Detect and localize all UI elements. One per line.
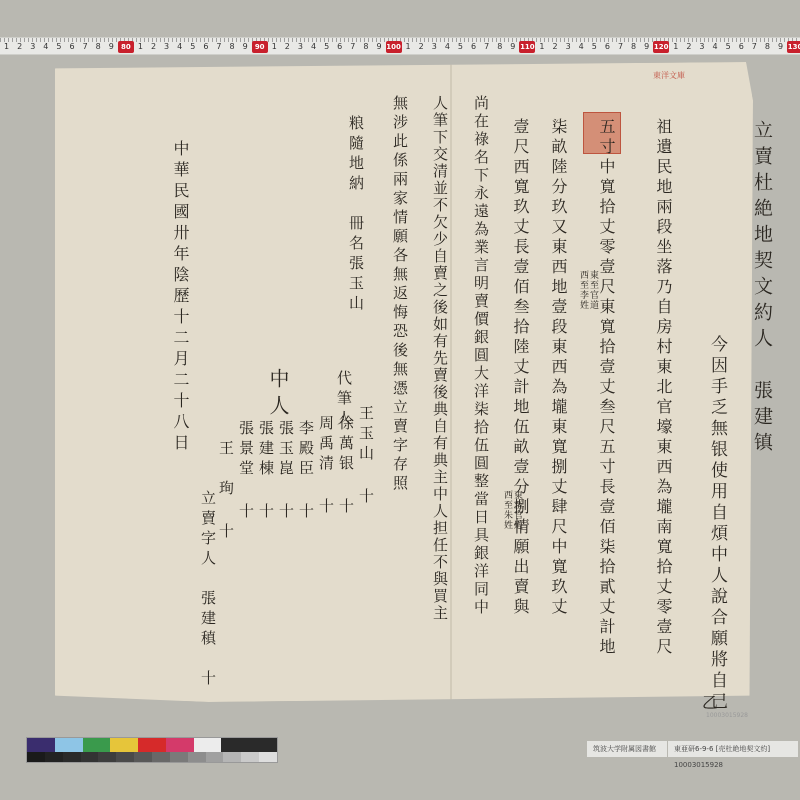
witness-2: 徐萬银 十 xyxy=(338,415,353,518)
color-chip xyxy=(249,738,277,752)
contract-date: 中華民國卅年陰歷十二月二十八日 xyxy=(172,140,188,455)
ruler-label: 5 xyxy=(320,41,333,53)
ruler-label: 2 xyxy=(415,41,428,53)
text-column-6: 壹尺西寬玖丈長壹佰叁拾陸丈計地伍畝壹分捌情願出賣與 xyxy=(512,118,528,618)
library-label: 筑波大学附属図書館 xyxy=(587,741,667,757)
ruler-label: 6 xyxy=(467,41,480,53)
boundary-note-1b: 西至李姓 xyxy=(578,270,587,310)
ruler-label: 3 xyxy=(294,41,307,53)
gray-patch xyxy=(170,752,188,762)
color-chip xyxy=(55,738,83,752)
grayscale-strip xyxy=(27,752,277,762)
ruler-label: 3 xyxy=(26,41,39,53)
color-chip xyxy=(166,738,194,752)
document-title: [売杜絶地契文約] xyxy=(716,745,770,753)
witness-6: 張建棟 十 xyxy=(258,420,273,523)
ruler-label: 3 xyxy=(160,41,173,53)
color-chip xyxy=(27,738,55,752)
gray-patch xyxy=(27,752,45,762)
ruler-label: 9 xyxy=(640,41,653,53)
library-stamp-top: 東洋文庫 xyxy=(653,70,685,81)
ruler-label: 4 xyxy=(307,41,320,53)
seller-signature: 立賣字人 張建稹 十 xyxy=(200,490,215,690)
gray-patch xyxy=(116,752,134,762)
ruler-label: 7 xyxy=(480,41,493,53)
text-column-5: 柒畝陸分玖又東西地壹段東西為壠東寬捌丈肆尺中寬玖丈 xyxy=(550,118,566,618)
gray-patch xyxy=(45,752,63,762)
ruler-label: 5 xyxy=(722,41,735,53)
ruler-label: 2 xyxy=(281,41,294,53)
text-column-7: 尚在祿名下永遠為業言明賣價銀圓大洋柒拾伍圓整當日具銀洋同中 xyxy=(473,95,488,617)
ruler-label: 8 xyxy=(761,41,774,53)
ruler-label: 9 xyxy=(239,41,252,53)
ruler-label: 90 xyxy=(252,41,268,53)
ruler-label: 6 xyxy=(735,41,748,53)
gray-patch xyxy=(98,752,116,762)
ruler-label: 1 xyxy=(669,41,682,53)
text-column-3: 祖遺民地兩段坐落乃自房村東北官壕東西為壠南寬拾丈零壹尺 xyxy=(655,118,671,658)
gray-patch xyxy=(241,752,259,762)
ruler-label: 7 xyxy=(79,41,92,53)
catalog-label: 東亜研6-9-6 [売杜絶地契文約] 10003015928 xyxy=(668,741,798,757)
gray-patch xyxy=(134,752,152,762)
gray-patch xyxy=(188,752,206,762)
ruler-label: 3 xyxy=(428,41,441,53)
gray-patch xyxy=(206,752,224,762)
text-column-4: 五寸中寬拾丈零壹尺東寬拾壹丈叁尺五寸長壹佰柒拾貳丈計地 xyxy=(598,118,614,658)
witness-8: 王 珣 十 xyxy=(218,440,233,543)
measuring-ruler: 1234567898012345678990123456789100123456… xyxy=(0,37,800,55)
boundary-note-1a: 東至官道 xyxy=(588,270,597,310)
color-chips xyxy=(27,738,277,752)
catalog-stamp: 10003015928 xyxy=(706,712,748,719)
ruler-label: 2 xyxy=(13,41,26,53)
corner-mark: 乙 xyxy=(702,690,718,713)
color-chip xyxy=(83,738,111,752)
gray-patch xyxy=(63,752,81,762)
color-calibration-chart xyxy=(26,737,278,763)
ruler-label: 120 xyxy=(653,41,669,53)
ruler-label: 110 xyxy=(519,41,535,53)
ruler-label: 6 xyxy=(65,41,78,53)
ruler-label: 1 xyxy=(0,41,13,53)
ruler-label: 3 xyxy=(562,41,575,53)
color-chip xyxy=(110,738,138,752)
ruler-label: 2 xyxy=(147,41,160,53)
ruler-label: 7 xyxy=(346,41,359,53)
ruler-label: 6 xyxy=(199,41,212,53)
ruler-label: 8 xyxy=(493,41,506,53)
ruler-label: 8 xyxy=(92,41,105,53)
ruler-labels: 1234567898012345678990123456789100123456… xyxy=(0,41,800,53)
gray-patch xyxy=(259,752,277,762)
ruler-label: 4 xyxy=(709,41,722,53)
middleman-label: 中人 xyxy=(268,368,288,422)
gray-patch xyxy=(152,752,170,762)
ruler-label: 3 xyxy=(695,41,708,53)
ruler-label: 7 xyxy=(212,41,225,53)
witness-4: 李殿臣 十 xyxy=(298,420,313,523)
gray-patch xyxy=(223,752,241,762)
ruler-label: 7 xyxy=(748,41,761,53)
ruler-label: 5 xyxy=(186,41,199,53)
ruler-label: 7 xyxy=(614,41,627,53)
witness-7: 張景堂 十 xyxy=(238,420,253,523)
color-chip xyxy=(194,738,222,752)
text-column-9: 無涉此係兩家情願各無返悔恐後無憑立賣字存照 xyxy=(392,95,407,494)
ruler-label: 4 xyxy=(173,41,186,53)
ruler-label: 6 xyxy=(601,41,614,53)
ruler-label: 1 xyxy=(268,41,281,53)
boundary-note-2a: 東至官道 xyxy=(512,490,521,530)
text-column-8: 人筆下交清並不欠少自賣之後如有先賣後典自有典主中人担任不與買主 xyxy=(432,95,447,622)
ruler-label: 8 xyxy=(627,41,640,53)
document-id: 10003015928 xyxy=(674,761,723,769)
ruler-label: 9 xyxy=(774,41,787,53)
ruler-label: 1 xyxy=(134,41,147,53)
ruler-label: 9 xyxy=(372,41,385,53)
color-chip xyxy=(138,738,166,752)
text-column-1: 立賣杜絶地契文約人 張建镇 xyxy=(752,120,771,458)
ruler-label: 130 xyxy=(787,41,800,53)
ruler-label: 1 xyxy=(535,41,548,53)
ruler-label: 9 xyxy=(506,41,519,53)
ruler-label: 1 xyxy=(402,41,415,53)
ruler-label: 5 xyxy=(588,41,601,53)
ruler-label: 80 xyxy=(118,41,134,53)
ruler-label: 2 xyxy=(682,41,695,53)
ruler-label: 100 xyxy=(386,41,402,53)
color-chip xyxy=(221,738,249,752)
ruler-label: 9 xyxy=(105,41,118,53)
witness-1: 王玉山 十 xyxy=(358,405,373,508)
witness-3: 周禹清 十 xyxy=(318,415,333,518)
ruler-label: 4 xyxy=(575,41,588,53)
text-column-2: 今因手乏無银使用自煩中人說合願將自己 xyxy=(708,335,725,713)
ruler-label: 8 xyxy=(359,41,372,53)
ruler-label: 4 xyxy=(39,41,52,53)
ruler-label: 5 xyxy=(52,41,65,53)
witness-5: 張玉崑 十 xyxy=(278,420,293,523)
ruler-label: 2 xyxy=(548,41,561,53)
ruler-label: 4 xyxy=(441,41,454,53)
boundary-note-2b: 西至朱姓 xyxy=(502,490,511,530)
ruler-label: 5 xyxy=(454,41,467,53)
call-number: 東亜研6-9-6 xyxy=(674,745,713,753)
ruler-label: 6 xyxy=(333,41,346,53)
gray-patch xyxy=(81,752,99,762)
ruler-label: 8 xyxy=(226,41,239,53)
tax-note-column: 粮隨地納 冊名張玉山 xyxy=(348,115,363,315)
